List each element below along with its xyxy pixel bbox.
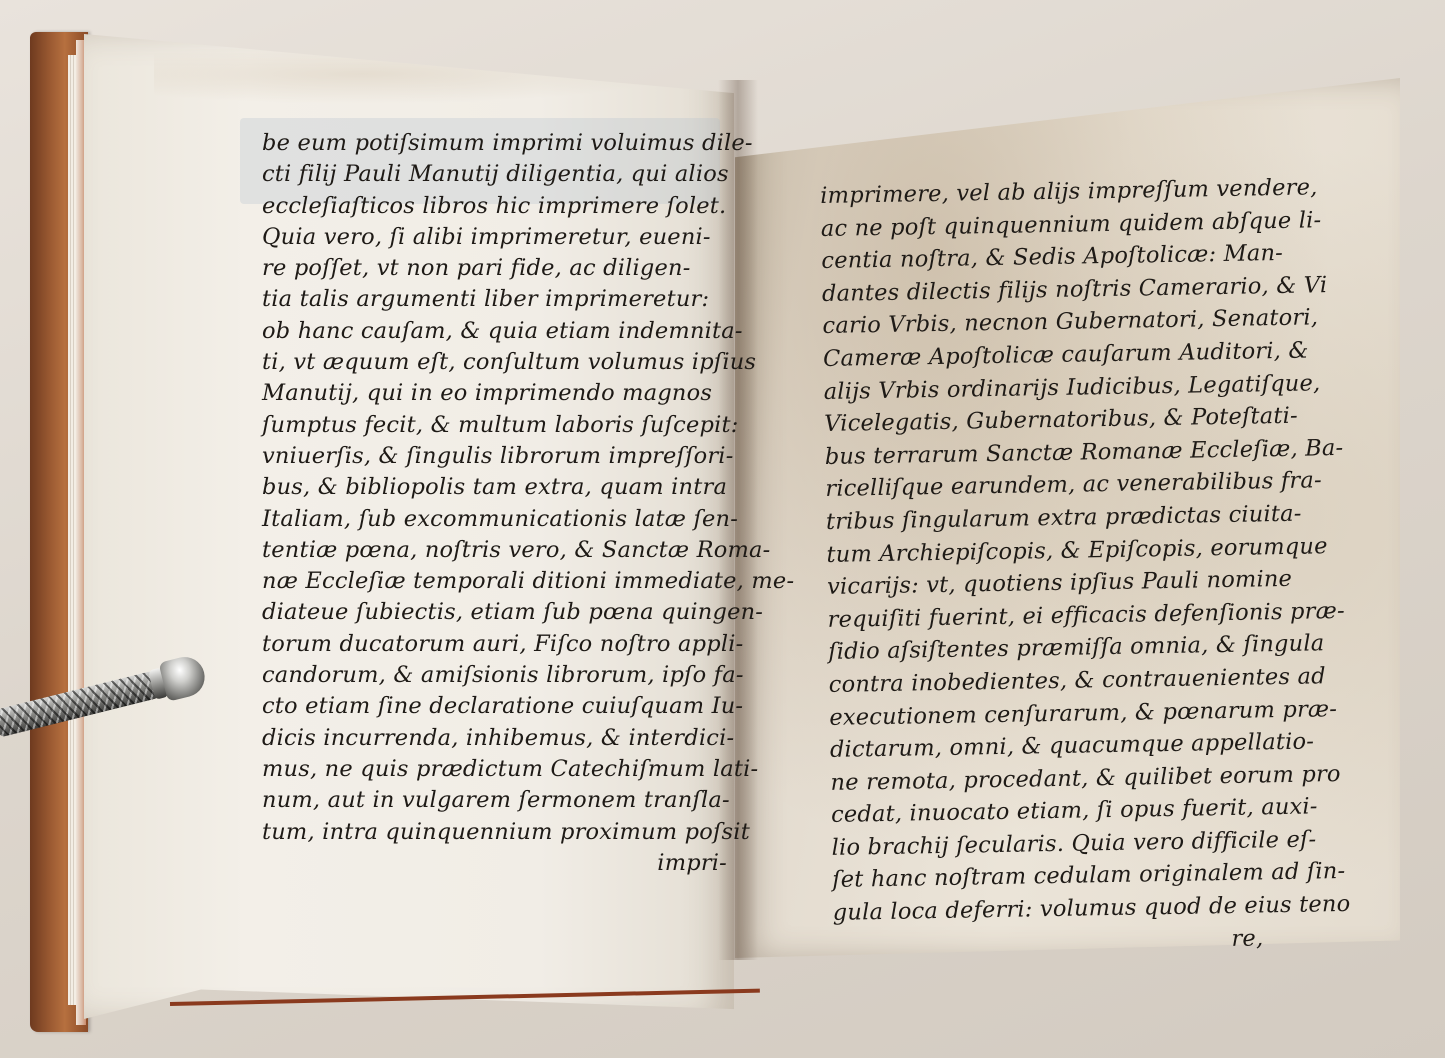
text-line: ti, vt æquum eſt, conſultum volumus ipſi…: [262, 347, 727, 378]
photo-scene: be eum potiſsimum imprimi voluimus dile-…: [0, 0, 1445, 1058]
text-line: torum ducatorum auri, Fiſco noſtro appli…: [262, 629, 727, 660]
text-line: num, aut in vulgarem ſermonem tranſla-: [262, 785, 727, 816]
left-page-text: be eum potiſsimum imprimi voluimus dile-…: [262, 128, 727, 879]
text-line: eccleſiaſticos libros hic imprimere ſole…: [262, 191, 727, 222]
text-line: dicis incurrenda, inhibemus, & interdici…: [262, 723, 727, 754]
text-line: Manutij, qui in eo imprimendo magnos: [262, 378, 727, 409]
text-line: vniuerſis, & ſingulis librorum impreſſor…: [262, 441, 727, 472]
text-line: Quia vero, ſi alibi imprimeretur, eueni-: [262, 222, 727, 253]
text-line: ſumptus fecit, & multum laboris ſuſcepit…: [262, 410, 727, 441]
text-line: diateue ſubiectis, etiam ſub pœna quinge…: [262, 597, 727, 628]
pointer-tip: [158, 653, 208, 702]
text-line: tia talis argumenti liber imprimeretur:: [262, 284, 727, 315]
text-line: næ Eccleſiæ temporali ditioni immediate,…: [262, 566, 727, 597]
text-line: be eum potiſsimum imprimi voluimus dile-: [262, 128, 727, 159]
text-line: re poſſet, vt non pari fide, ac diligen-: [262, 253, 727, 284]
page-foxing: [154, 44, 674, 104]
text-line: tum, intra quinquennium proximum poſsit: [262, 817, 727, 848]
text-line: mus, ne quis prædictum Catechiſmum lati-: [262, 754, 727, 785]
text-line: bus, & bibliopolis tam extra, quam intra: [262, 472, 727, 503]
text-line: candorum, & amiſsionis librorum, ipſo fa…: [262, 660, 727, 691]
catchword: impri-: [262, 848, 727, 879]
text-line: Italiam, ſub excommunicationis latæ ſen-: [262, 504, 727, 535]
text-line: cti filij Pauli Manutij diligentia, qui …: [262, 159, 727, 190]
text-line: tentiæ pœna, noſtris vero, & Sanctæ Roma…: [262, 535, 727, 566]
text-line: cto etiam ſine declaratione cuiuſquam Iu…: [262, 691, 727, 722]
right-page-text: imprimere, vel ab alijs impreſſum vender…: [820, 172, 1264, 962]
text-line: ob hanc cauſam, & quia etiam indemnita-: [262, 316, 727, 347]
